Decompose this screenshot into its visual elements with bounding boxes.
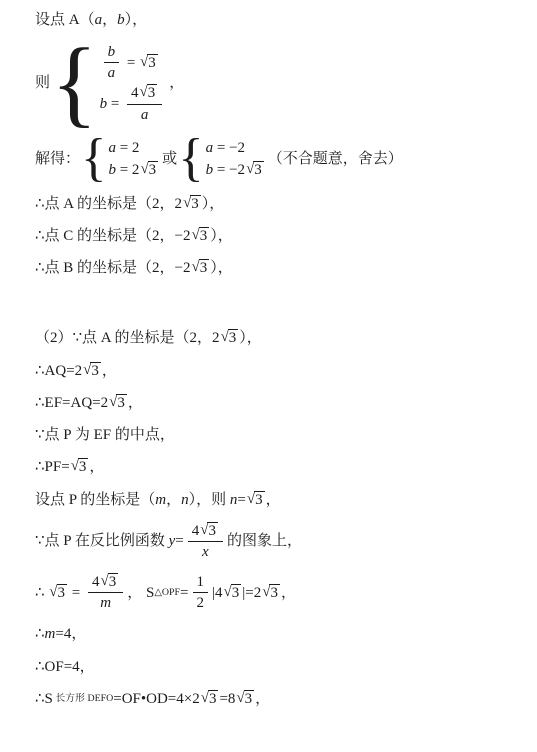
math-variable: a (141, 106, 149, 124)
math-text: ， (266, 490, 281, 510)
math-text: 设点 A（ (35, 10, 95, 30)
math-text: ， (102, 10, 117, 30)
sqrt-radical: √3 (192, 227, 210, 245)
math-text: 的图象上， (227, 531, 302, 551)
math-variable: m (45, 624, 56, 644)
sqrt-radical: √3 (83, 362, 101, 380)
radicand: 3 (199, 227, 210, 245)
math-line-m-value: ∴m=4， (35, 624, 523, 644)
left-brace-icon: { (178, 137, 203, 182)
math-text: ∴点 A 的坐标是（2，2 (35, 194, 182, 214)
sqrt-radical: √3 (221, 329, 239, 347)
math-text: 设点 P 的坐标是（ (35, 490, 155, 510)
sqrt-radical: √3 (183, 195, 201, 213)
sqrt-radical: √3 (246, 161, 264, 179)
math-text: ）， (202, 194, 225, 214)
math-text: ∴OF=4， (35, 657, 95, 677)
math-line-p-midpoint: ∵点 P 为 EF 的中点， (35, 425, 523, 445)
math-text: ， (169, 73, 184, 93)
math-variable: m (100, 594, 111, 612)
numerator: b (104, 43, 120, 63)
radicand: 3 (57, 584, 68, 602)
math-variable: b (100, 94, 108, 114)
equation-system: {a = −2b = −2√3 (178, 137, 265, 182)
sqrt-radical: √3 (71, 458, 89, 476)
radicand: 3 (116, 394, 127, 412)
sqrt-radical: √3 (262, 584, 280, 602)
math-line-part2-point-a: （2）∵点 A 的坐标是（2，2√3）， (35, 328, 523, 348)
math-text: ， (166, 490, 181, 510)
math-text: |=2 (242, 583, 261, 603)
math-text: =8 (219, 689, 235, 709)
system-rows: a = 2b = 2√3 (108, 137, 159, 182)
fraction: 4√3x (188, 522, 223, 561)
math-text: = −2 (213, 138, 245, 158)
math-text: 或 (162, 149, 177, 169)
system-row: a = 2 (108, 137, 159, 159)
math-line-set-point-a: 设点 A（a，b）， (35, 10, 523, 30)
math-text: = (123, 53, 139, 73)
sqrt-radical: √3 (49, 584, 67, 602)
math-line-set-point-p: 设点 P 的坐标是（m，n），则 n=√3， (35, 490, 523, 510)
sqrt-radical: √3 (224, 584, 242, 602)
radicand: 3 (147, 84, 158, 102)
radicand: 3 (199, 259, 210, 277)
subscript: △OPF (154, 588, 180, 598)
denominator: 2 (197, 593, 205, 612)
sqrt-radical: √3 (247, 491, 265, 509)
math-text: = (68, 583, 84, 603)
math-line-equation-and-area: ∴ √3 = 4√3m， S△OPF=12|4√3|=2√3， (35, 573, 523, 612)
sqrt-radical: √3 (140, 84, 158, 102)
system-rows: ba = √3b = 4√3a (100, 42, 167, 124)
math-variable: x (202, 543, 209, 561)
math-text: |4 (212, 583, 223, 603)
math-text: 2 (197, 594, 205, 612)
math-text: = (107, 94, 123, 114)
math-text: = (175, 531, 183, 551)
math-text: ∵点 P 为 EF 的中点， (35, 425, 175, 445)
sqrt-radical: √3 (101, 573, 119, 591)
sqrt-radical: √3 (140, 54, 158, 72)
fraction: ba (104, 43, 120, 82)
math-variable: y (169, 531, 176, 551)
math-text: ）， (125, 10, 148, 30)
math-text: ∴AQ=2 (35, 361, 82, 381)
math-text: ∴点 B 的坐标是（2，−2 (35, 258, 191, 278)
sqrt-radical: √3 (140, 161, 158, 179)
math-text: 4 (92, 573, 100, 591)
math-line-of-value: ∴OF=4， (35, 657, 523, 677)
math-text: ∴ (35, 583, 48, 603)
math-text: =4， (55, 624, 86, 644)
radicand: 3 (254, 491, 265, 509)
radicand: 3 (231, 584, 242, 602)
system-row: ba = √3 (100, 42, 167, 83)
math-text: 则 (35, 73, 50, 93)
system-row: a = −2 (206, 137, 265, 159)
math-text: = 2 (116, 160, 139, 180)
radicand: 3 (208, 690, 219, 708)
math-text: 4 (131, 84, 139, 102)
math-text: ∴点 C 的坐标是（2，−2 (35, 226, 191, 246)
fraction: 4√3m (88, 573, 123, 612)
math-text: ， (102, 361, 117, 381)
sqrt-radical: √3 (109, 394, 127, 412)
sqrt-radical: √3 (192, 259, 210, 277)
math-variable: a (206, 138, 214, 158)
radicand: 3 (244, 690, 255, 708)
math-text: ）， (210, 258, 233, 278)
math-line-aq-value: ∴AQ=2√3， (35, 361, 523, 381)
math-text: ）， (210, 226, 233, 246)
denominator: a (108, 63, 116, 82)
math-text: 4 (192, 522, 200, 540)
math-text: ），则 (189, 490, 230, 510)
denominator: x (202, 542, 209, 561)
math-solution-document: 设点 A（a，b），则{ba = √3b = 4√3a，解得：{a = 2b =… (0, 0, 537, 709)
sqrt-radical: √3 (236, 690, 254, 708)
denominator: a (141, 105, 149, 124)
math-line-point-c-coords: ∴点 C 的坐标是（2，−2√3）， (35, 226, 523, 246)
math-text: ， (89, 457, 104, 477)
math-line-point-b-coords: ∴点 B 的坐标是（2，−2√3）， (35, 258, 523, 278)
math-text: ， (128, 393, 143, 413)
math-text: = (180, 583, 188, 603)
radicand: 3 (90, 362, 101, 380)
math-text: 解得： (35, 149, 80, 169)
math-text: ∴S (35, 689, 53, 709)
math-variable: n (181, 490, 189, 510)
math-variable: b (108, 160, 116, 180)
math-line-ef-value: ∴EF=AQ=2√3， (35, 393, 523, 413)
sqrt-radical: √3 (201, 690, 219, 708)
math-line-rectangle-area: ∴S 长方形 DEFO=OF•OD=4×2√3=8√3， (35, 689, 523, 709)
radicand: 3 (269, 584, 280, 602)
left-brace-icon: { (81, 137, 106, 182)
math-line-p-on-hyperbola: ∵点 P 在反比例函数 y=4√3x的图象上， (35, 522, 523, 561)
radicand: 3 (147, 54, 158, 72)
subscript: 长方形 DEFO (53, 694, 113, 704)
math-text: ∴EF=AQ=2 (35, 393, 108, 413)
math-text: ∵点 P 在反比例函数 (35, 531, 169, 551)
radicand: 3 (190, 195, 201, 213)
sqrt-radical: √3 (200, 522, 218, 540)
math-variable: a (108, 138, 116, 158)
numerator: 1 (193, 573, 209, 593)
radicand: 3 (253, 161, 264, 179)
numerator: 4√3 (88, 573, 123, 593)
math-line-solve-result: 解得：{a = 2b = 2√3或{a = −2b = −2√3（不合题意，舍去… (35, 137, 523, 182)
math-text: ， (281, 583, 296, 603)
math-variable: b (206, 160, 214, 180)
radicand: 3 (78, 458, 89, 476)
math-text: ）， (239, 328, 262, 348)
math-variable: b (108, 43, 116, 61)
equation-system: {a = 2b = 2√3 (81, 137, 159, 182)
math-text: =OF•OD=4×2 (113, 689, 199, 709)
radicand: 3 (108, 573, 119, 591)
math-text: = −2 (213, 160, 245, 180)
math-variable: n (230, 490, 238, 510)
fraction: 12 (193, 573, 209, 612)
left-brace-icon: { (51, 42, 98, 124)
numerator: 4√3 (188, 522, 223, 542)
math-text: ， S (127, 583, 154, 603)
fraction: 4√3a (127, 84, 162, 123)
math-variable: m (155, 490, 166, 510)
math-line-system-then: 则{ba = √3b = 4√3a， (35, 42, 523, 124)
radicand: 3 (207, 522, 218, 540)
numerator: 4√3 (127, 84, 162, 104)
system-row: b = 2√3 (108, 159, 159, 181)
math-variable: a (108, 64, 116, 82)
math-text: （2）∵点 A 的坐标是（2，2 (35, 328, 220, 348)
radicand: 3 (148, 161, 159, 179)
equation-system: {ba = √3b = 4√3a (51, 42, 166, 124)
math-text: 1 (197, 573, 205, 591)
system-row: b = −2√3 (206, 159, 265, 181)
math-variable: b (117, 10, 125, 30)
math-text: ∴PF= (35, 457, 70, 477)
radicand: 3 (228, 329, 239, 347)
math-line-pf-value: ∴PF=√3， (35, 457, 523, 477)
denominator: m (100, 593, 111, 612)
math-text: = (237, 490, 245, 510)
math-line-point-a-coords: ∴点 A 的坐标是（2，2√3）， (35, 194, 523, 214)
math-text: （不合题意，舍去） (268, 149, 403, 169)
math-variable: a (95, 10, 103, 30)
system-rows: a = −2b = −2√3 (206, 137, 265, 182)
paragraph-break (35, 290, 523, 316)
math-text: = 2 (116, 138, 139, 158)
system-row: b = 4√3a (100, 83, 167, 124)
math-text: ∴ (35, 624, 45, 644)
math-text: ， (255, 689, 270, 709)
